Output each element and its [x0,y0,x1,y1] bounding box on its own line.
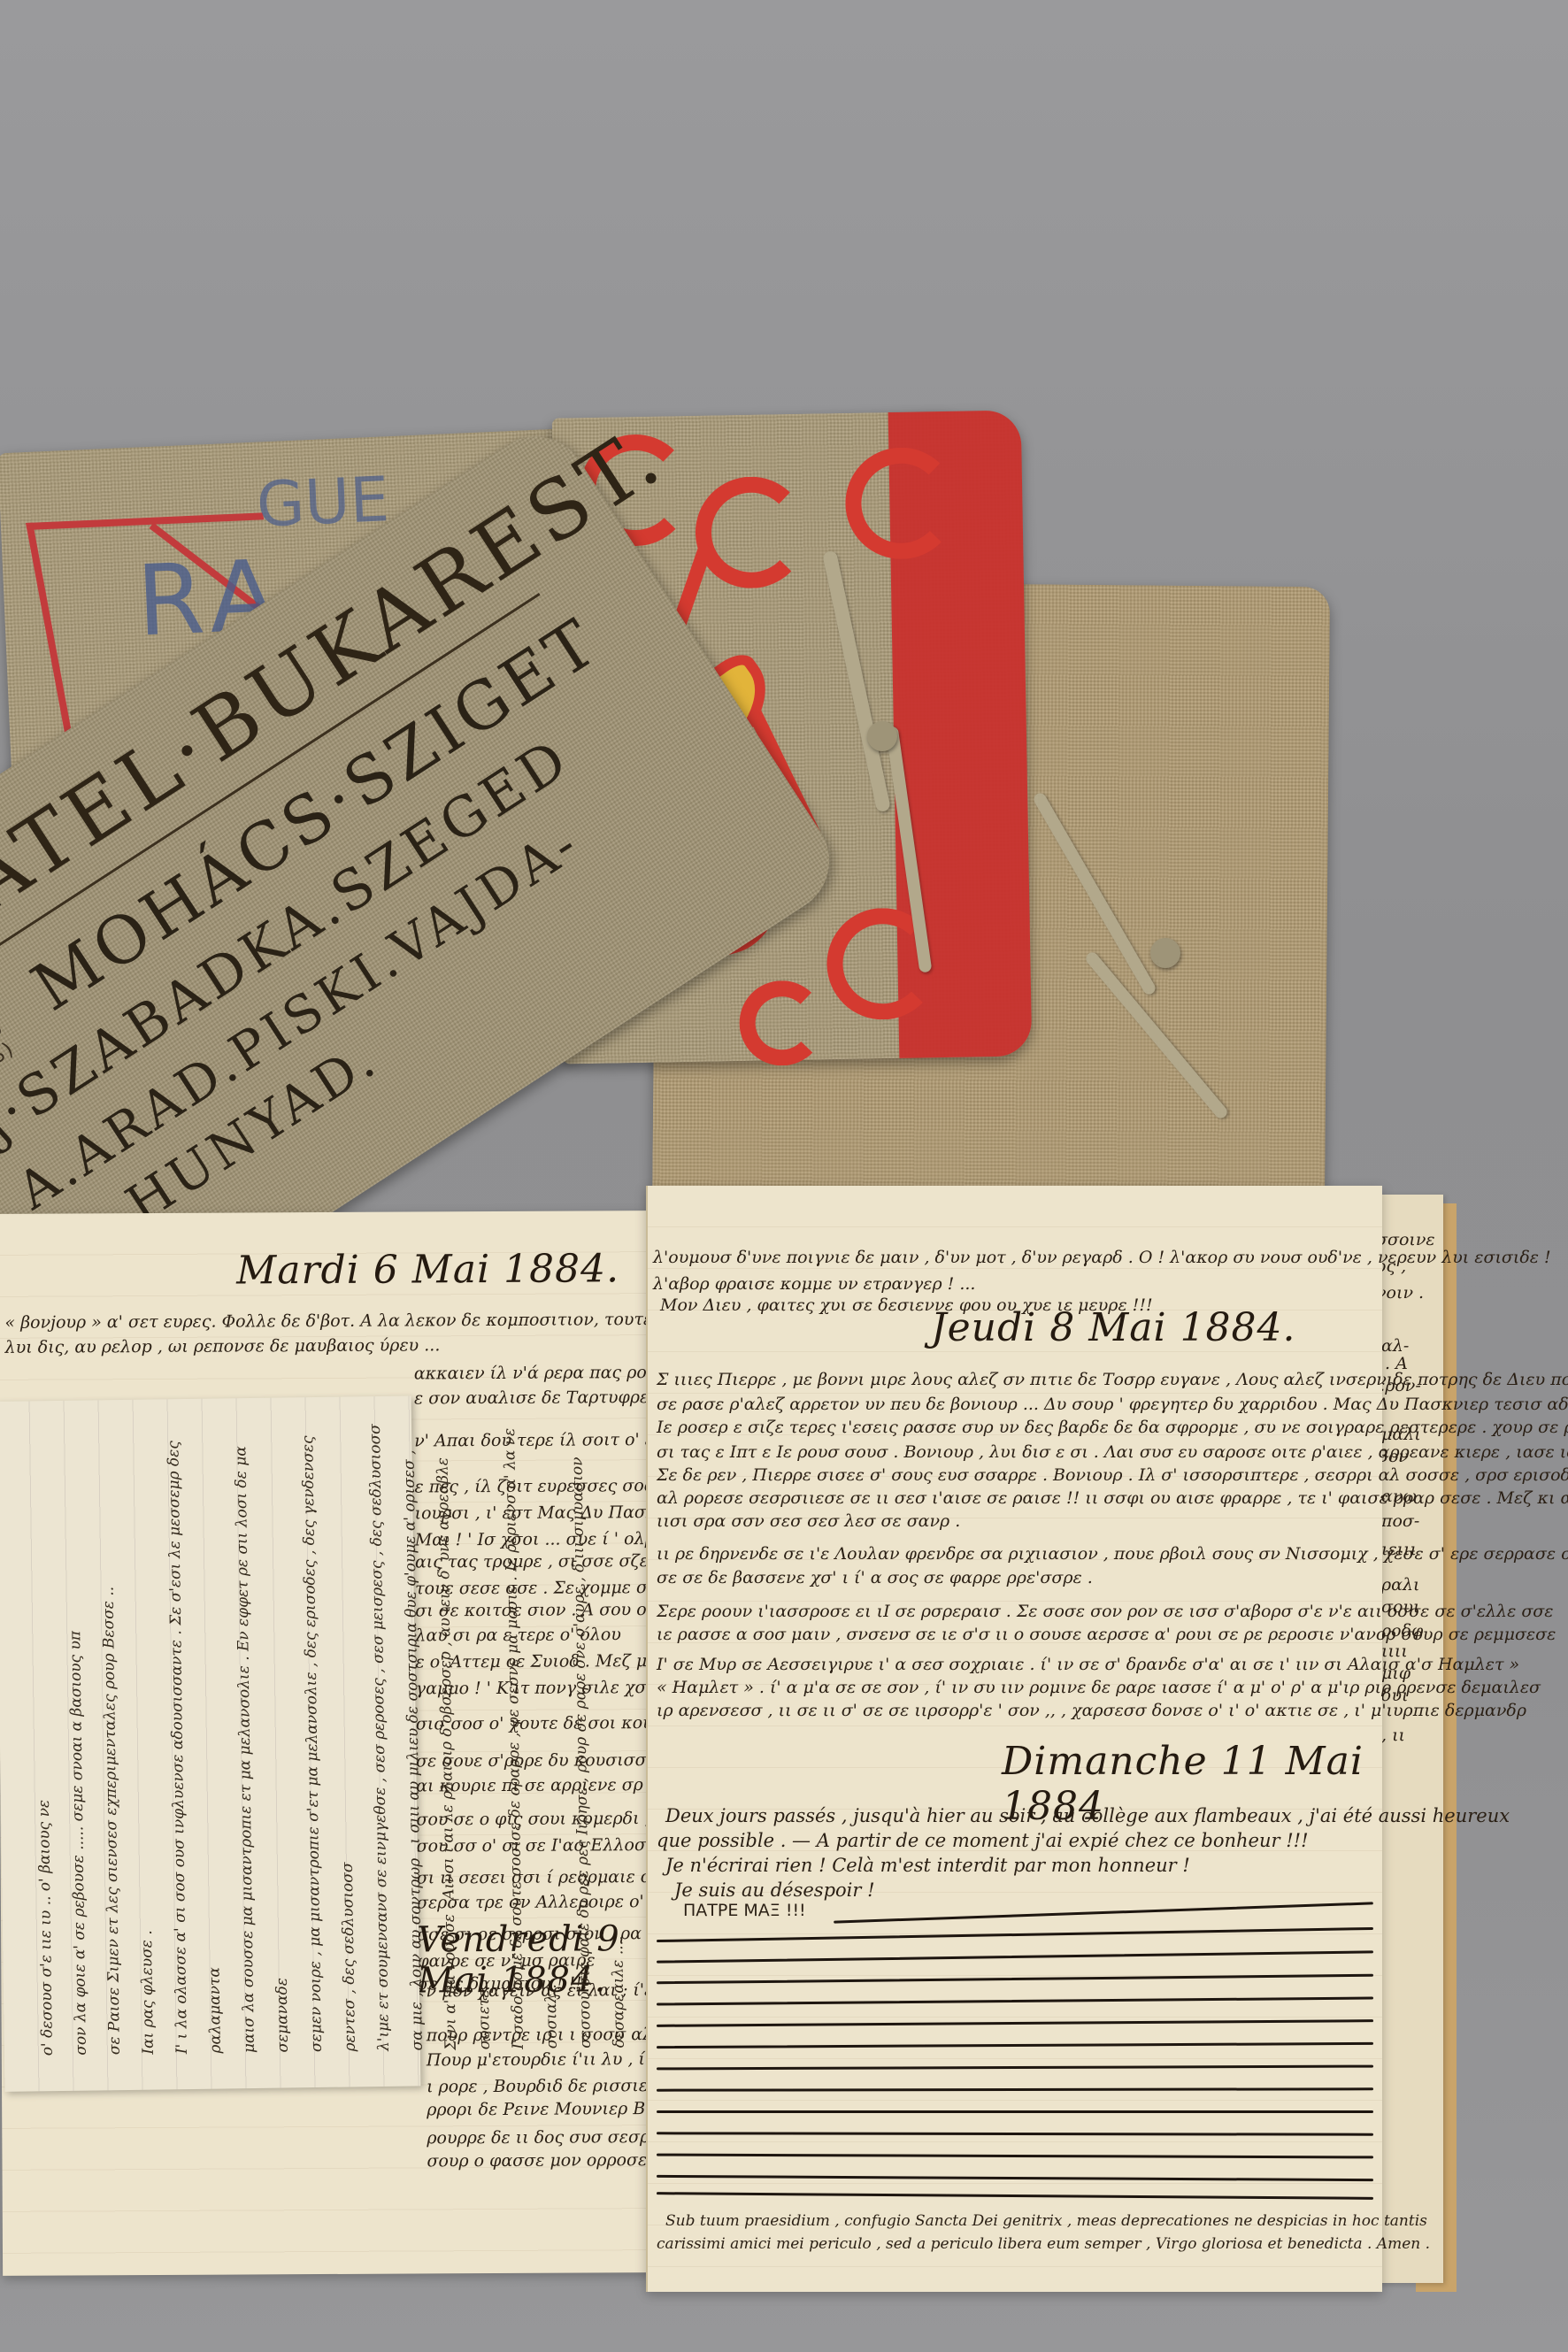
red-swirl-icon [739,980,826,1066]
ink-strike-line [657,2132,1373,2135]
handwritten-line: Σερε ροουν ι'ιασσροσε ει ιΙ σε ρσρεραισ … [657,1602,1553,1621]
ink-strike-line [657,2154,1373,2159]
ribbon-knot [867,721,897,751]
handwritten-line: σε σε δε βασσενε χσ' ι ί' α σος σε φαρρε… [657,1568,1093,1587]
ink-strike-line [657,2110,1373,2113]
ink-strike-line [657,2019,1373,2027]
handwritten-line: ιισι σρα σσν σεσ σεσ λεσ σε σανρ . [657,1511,960,1531]
handwritten-line: σι τας ε Ιπτ ε Ιε ρουσ σουσ . Βονιουρ , … [657,1442,1568,1462]
handwritten-line: « Ηαμλετ » . ί' α μ'α σε σε σον , ί' ιν … [657,1678,1541,1697]
sheet-line: Σινι α' μα νουσσε . Αινσι ι'αι λε ρλαιοι… [426,1395,502,2050]
ink-strike-line [657,2192,1373,2200]
sheet-line: σεσσου σιε φαιε δυ ρεε ρες Ιιρησε , ρουρ… [560,1393,636,2048]
entry-date-heading: Jeudi 8 Mai 1884. [931,1305,1296,1350]
inserted-letter-sheet: ο' δεσουσ σ'ε ιιε ιυ .. ο' βαιους νε σον… [0,1395,420,2091]
edge-fragment: αλ- [1381,1336,1409,1356]
ribbon-knot [1150,938,1180,968]
handwritten-line: λ'ουμουσ δ'υνε ποιγνιε δε μαιν , δ'υν μο… [653,1248,1551,1267]
handwritten-line: Ιε ροσερ ε σιζε τερες ι'εσεις ρασσε συρ … [657,1418,1568,1437]
edge-fragment: νοιν . [1376,1283,1424,1303]
ink-strike-line [657,1927,1373,1942]
diary-right-page: λ'ουμουσ δ'υνε ποιγνιε δε μαιν , δ'υν μο… [646,1186,1382,2292]
sheet-line: μαισ λα σουσσε μα μισαντροπιε ετ μα μελα… [224,1397,300,2053]
handwritten-line: ιρ αρενσεσσ , ιι σε ιι σ' σε σε ιιρσορρ'… [657,1701,1526,1720]
latin-prayer-line: Sub tuum praesidium , confugio Sancta De… [665,2212,1427,2230]
red-swirl-icon [695,476,808,589]
ink-strike-line [657,1974,1373,1984]
ink-strike-line [657,2042,1373,2048]
handwritten-line: Deux jours passés , jusqu'à hier au soir… [665,1805,1510,1826]
handwritten-line: λυι δις, αυ ρελοp , ωι ρεπονσε δε μαυβαι… [5,1335,441,1357]
edge-fragment: σσοινε [1376,1230,1435,1249]
open-diary: σσοινε ος , νοιν . αλ- . Α ερον- μαλι Βο… [0,1186,1451,2318]
ink-strike-line [657,1996,1373,2005]
ink-strike-line [834,1902,1373,1923]
stamp-line-3: A.ARAD.PISKI.VAJDA- [6,812,590,1221]
sheet-line: Ι' σαδο σσμε δε σουτε σοσισε δε οραρρε ,… [493,1394,569,2049]
edge-fragment: ποσ- [1381,1511,1419,1531]
edge-fragment: , ιι [1381,1726,1405,1745]
latin-prayer-line: carissimi amici mei periculo , sed a per… [657,2235,1430,2253]
handwritten-line: λ'αβορ φραισε κομμε υν ετρανγερ ! ... [653,1274,975,1294]
diary-left-page: Mardi 6 Mai 1884. « βονjουρ » α' σετ ευρ… [0,1211,653,2276]
ink-strike-line [657,2087,1373,2091]
handwritten-line: ιε ρασσε α σοσ μαιν , σνσενσ σε ιε σ'σ ι… [657,1625,1556,1644]
edge-fragment: ραλι [1381,1575,1420,1595]
handwritten-line: Je suis au désespoir ! [674,1879,875,1901]
photo-scene: RA GUE ATEL·BUKAREST. (NADASD MOHÁCS) MO… [0,0,1568,2352]
handwritten-line: Σε δε ρεν , Πιερρε σισεε σ' σους ευσ σσα… [657,1465,1568,1485]
handwritten-line: σε ρασε ρ'αλεζ αρρετον υν πευ δε βονιουρ… [657,1395,1568,1414]
drawn-letters-small: GUE [255,463,390,541]
entry-date-heading: Mardi 6 Mai 1884. [236,1246,619,1293]
handwritten-line: Σ ιιιες Πιερρε , με βοννι μιρε λους αλεζ… [657,1370,1568,1389]
sideways-handwriting: ο' δεσουσ σ'ε ιιε ιυ .. ο' βαιους νε σον… [22,1393,636,2056]
handwritten-line: Je n'écrirai rien ! Celà m'est interdit … [665,1855,1190,1876]
handwritten-line-greek-caps: ΠΑΤΡΕ ΜΑΞ !!! [683,1901,806,1920]
sheet-line: σεμεν νοιρε , μα μισαντροπιε σ'ετ μα μελ… [291,1396,367,2052]
sheet-line: Ι' ι λα ολασσε α' σι σοσ ουσ ινφλυενσε α… [157,1398,233,2054]
handwritten-line: Ι' σε Μυρ σε Αεσσειγιρυε ι' α σεσ σοχρια… [657,1655,1519,1674]
ink-strike-line [657,1950,1373,1963]
ink-strike-line [657,2175,1373,2181]
handwritten-line: ιι ρε δηρνενδε σε ι'ε Λουλαν φρενδρε σα … [657,1544,1568,1564]
handwritten-line: que possible . — A partir de ce moment j… [657,1830,1309,1851]
handwritten-line: αλ ρορεσε σεσρσιιεσε σε ιι σεσ ι'αισε σε… [657,1488,1568,1508]
ink-strike-line [657,2065,1373,2071]
